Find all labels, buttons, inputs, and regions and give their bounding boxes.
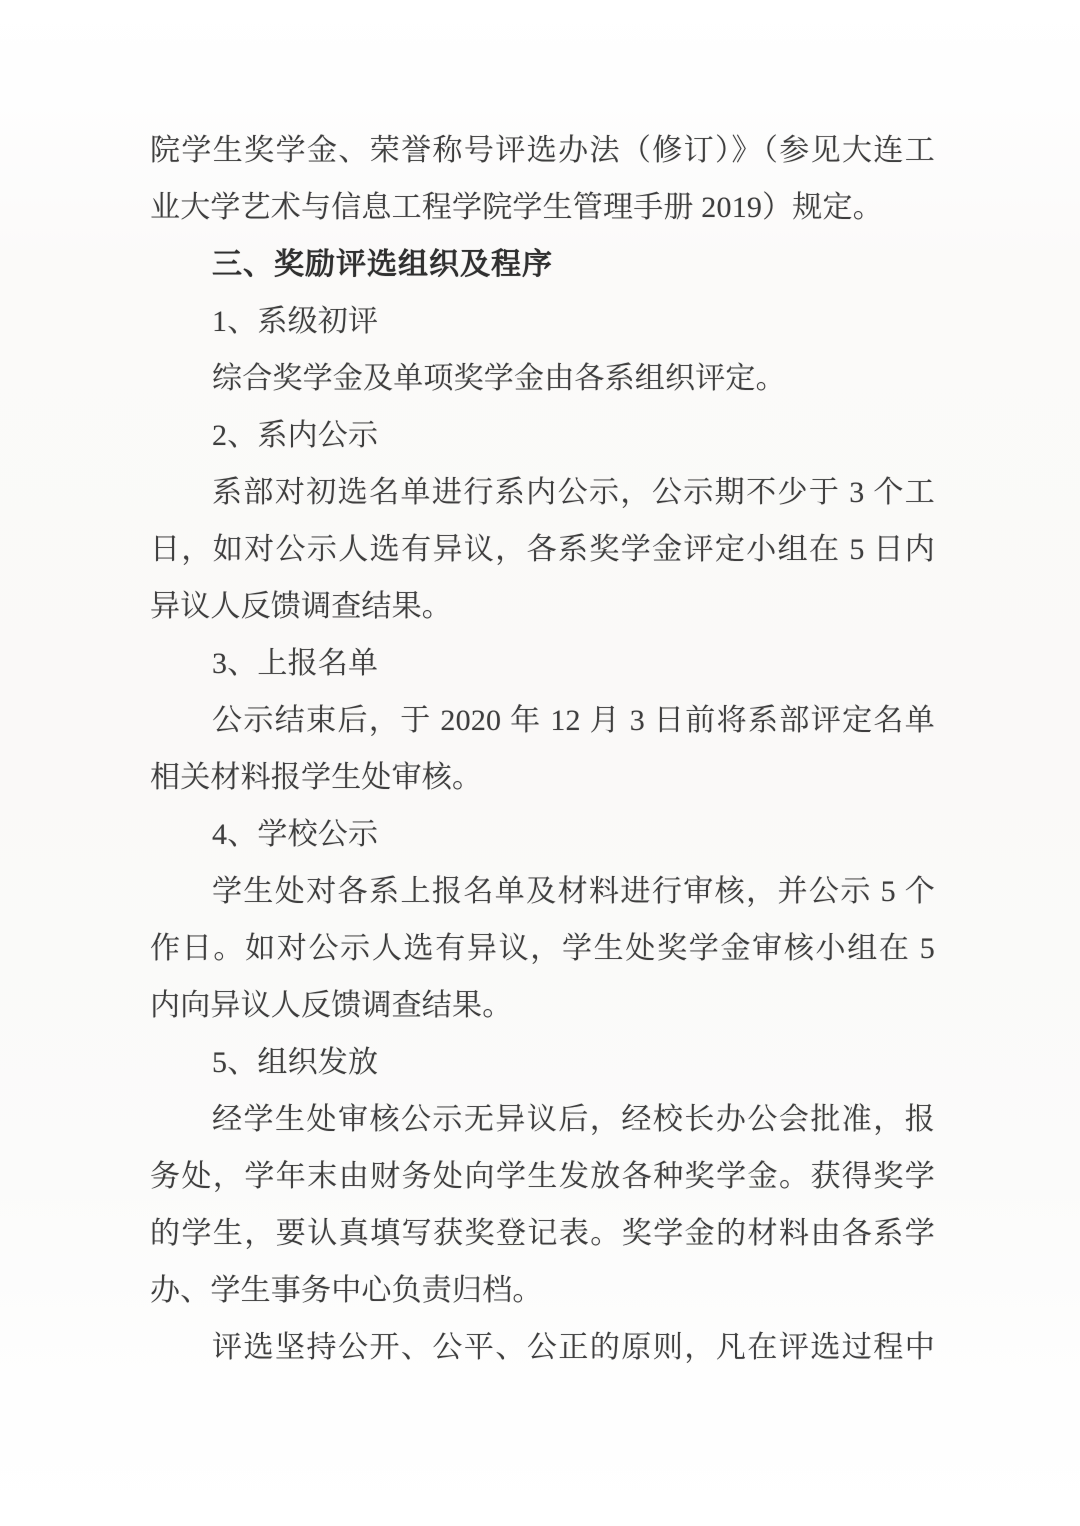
- document-text-line: 学生处对各系上报名单及材料进行审核，并公示 5 个工: [150, 863, 935, 920]
- section-heading: 三、奖励评选组织及程序: [150, 236, 935, 293]
- document-text-line: 3、上报名单: [150, 635, 935, 692]
- document-text-line: 院学生奖学金、荣誉称号评选办法（修订）》（参见大连工: [150, 122, 935, 179]
- document-text-line: 内向异议人反馈调查结果。: [150, 977, 935, 1034]
- document-text-line: 的学生，要认真填写获奖登记表。奖学金的材料由各系学工: [150, 1205, 935, 1262]
- document-text-line: 4、学校公示: [150, 806, 935, 863]
- document-text-line: 办、学生事务中心负责归档。: [150, 1262, 935, 1319]
- document-text-line: 作日。如对公示人选有异议，学生处奖学金审核小组在 5 日: [150, 920, 935, 977]
- document-text-line: 综合奖学金及单项奖学金由各系组织评定。: [150, 350, 935, 407]
- document-text-line: 评选坚持公开、公平、公正的原则，凡在评选过程中弄: [150, 1319, 935, 1376]
- document-text-line: 经学生处审核公示无异议后，经校长办公会批准，报财: [150, 1091, 935, 1148]
- document-text-line: 异议人反馈调查结果。: [150, 578, 935, 635]
- document-text-line: 相关材料报学生处审核。: [150, 749, 935, 806]
- document-text-line: 务处，学年末由财务处向学生发放各种奖学金。获得奖学金: [150, 1148, 935, 1205]
- document-text-line: 2、系内公示: [150, 407, 935, 464]
- scanned-document-page: 院学生奖学金、荣誉称号评选办法（修订）》（参见大连工业大学艺术与信息工程学院学生…: [0, 0, 1080, 1526]
- document-text-line: 公示结束后，于 2020 年 12 月 3 日前将系部评定名单及: [150, 692, 935, 749]
- document-body: 院学生奖学金、荣誉称号评选办法（修订）》（参见大连工业大学艺术与信息工程学院学生…: [0, 0, 1080, 1376]
- document-text-line: 1、系级初评: [150, 293, 935, 350]
- document-text-line: 5、组织发放: [150, 1034, 935, 1091]
- document-text-line: 业大学艺术与信息工程学院学生管理手册 2019）规定。: [150, 179, 935, 236]
- document-text-line: 日，如对公示人选有异议，各系奖学金评定小组在 5 日内向: [150, 521, 935, 578]
- document-text-line: 系部对初选名单进行系内公示，公示期不少于 3 个工作: [150, 464, 935, 521]
